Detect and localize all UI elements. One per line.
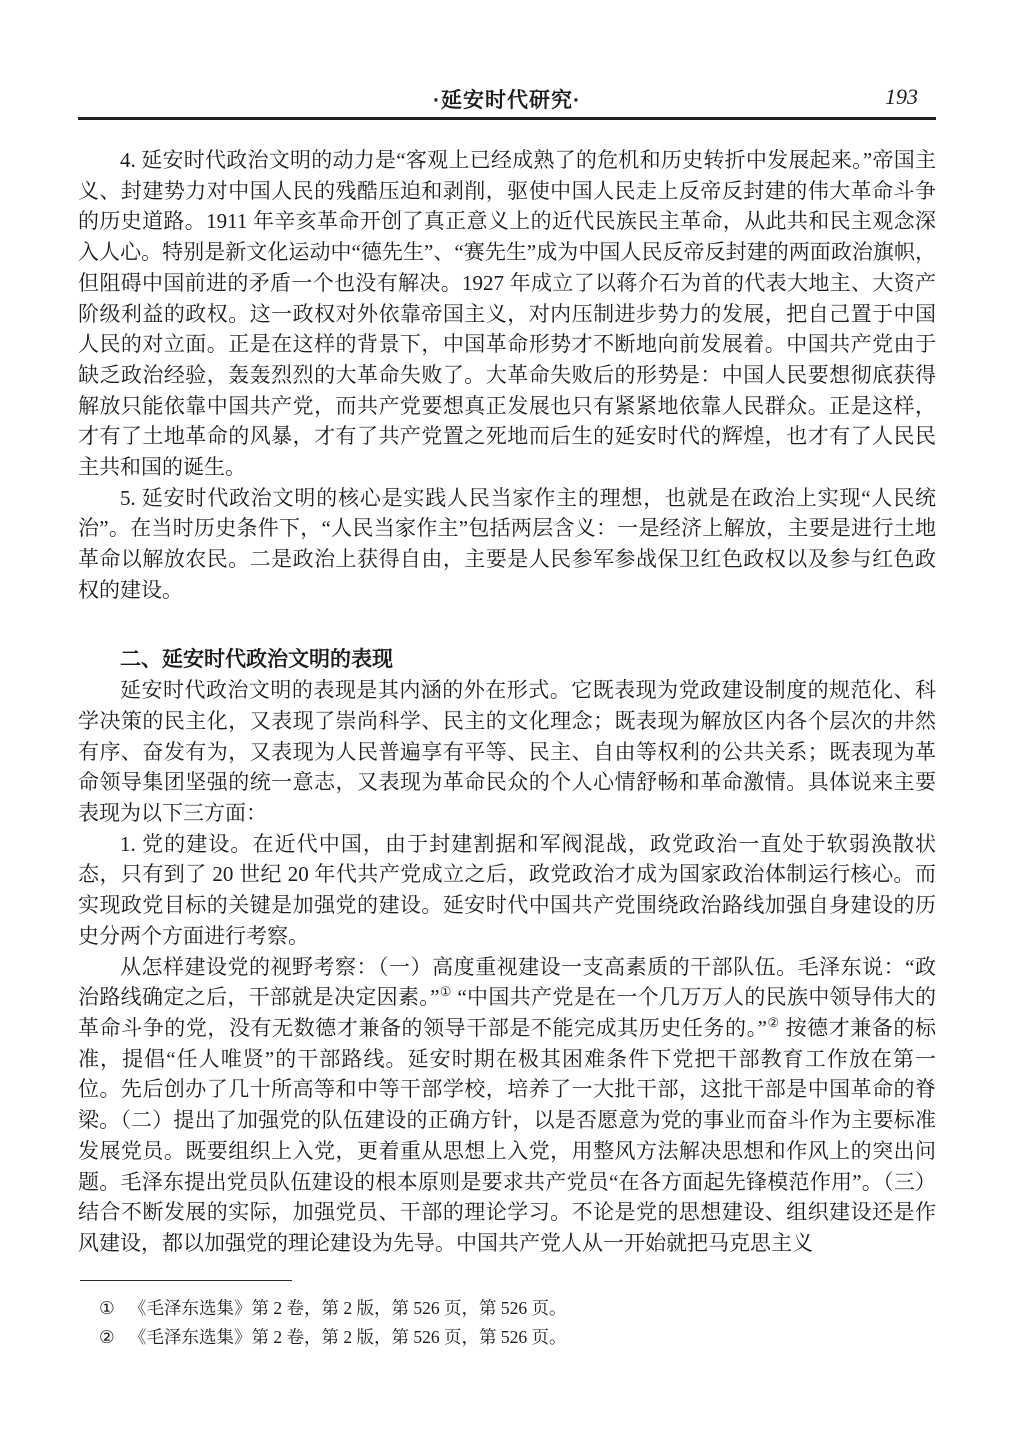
page-content: ·延安时代研究· 193 4. 延安时代政治文明的动力是“客观上已经成熟了的危机… [78, 0, 936, 1353]
footnote-1: ① 《毛泽东选集》第 2 卷，第 2 版，第 526 页，第 526 页。 [78, 1294, 936, 1324]
footnote-1-marker: ① [99, 1294, 129, 1324]
body-text: 4. 延安时代政治文明的动力是“客观上已经成熟了的危机和历史转折中发展起来。”帝… [78, 145, 936, 1259]
section-heading: 二、延安时代政治文明的表现 [78, 645, 936, 676]
page-header: ·延安时代研究· 193 [78, 84, 936, 112]
section-intro-paragraph: 延安时代政治文明的表现是其内涵的外在形式。它既表现为党政建设制度的规范化、科学决… [78, 675, 936, 829]
footnote-area: ① 《毛泽东选集》第 2 卷，第 2 版，第 526 页，第 526 页。 ② … [78, 1280, 936, 1353]
footnote-2: ② 《毛泽东选集》第 2 卷，第 2 版，第 526 页，第 526 页。 [78, 1323, 936, 1353]
footnote-separator [80, 1280, 292, 1281]
running-title: ·延安时代研究· [433, 84, 581, 114]
footnote-1-text: 《毛泽东选集》第 2 卷，第 2 版，第 526 页，第 526 页。 [129, 1294, 936, 1324]
paragraph-4: 4. 延安时代政治文明的动力是“客观上已经成熟了的危机和历史转折中发展起来。”帝… [78, 145, 936, 483]
paragraph-cadre-building: 从怎样建设党的视野考察：（一）高度重视建设一支高素质的干部队伍。毛泽东说：“政治… [78, 952, 936, 1259]
paragraph-5: 5. 延安时代政治文明的核心是实践人民当家作主的理想，也就是在政治上实现“人民统… [78, 483, 936, 606]
header-rule [78, 117, 936, 120]
page-number: 193 [885, 84, 918, 110]
footnotes: ① 《毛泽东选集》第 2 卷，第 2 版，第 526 页，第 526 页。 ② … [78, 1294, 936, 1353]
book-page: ·延安时代研究· 193 4. 延安时代政治文明的动力是“客观上已经成熟了的危机… [0, 0, 1010, 1436]
footnote-2-text: 《毛泽东选集》第 2 卷，第 2 版，第 526 页，第 526 页。 [129, 1323, 936, 1353]
footnote-2-marker: ② [99, 1323, 129, 1353]
paragraph-party-building: 1. 党的建设。在近代中国，由于封建割据和军阀混战，政党政治一直处于软弱涣散状态… [78, 829, 936, 952]
